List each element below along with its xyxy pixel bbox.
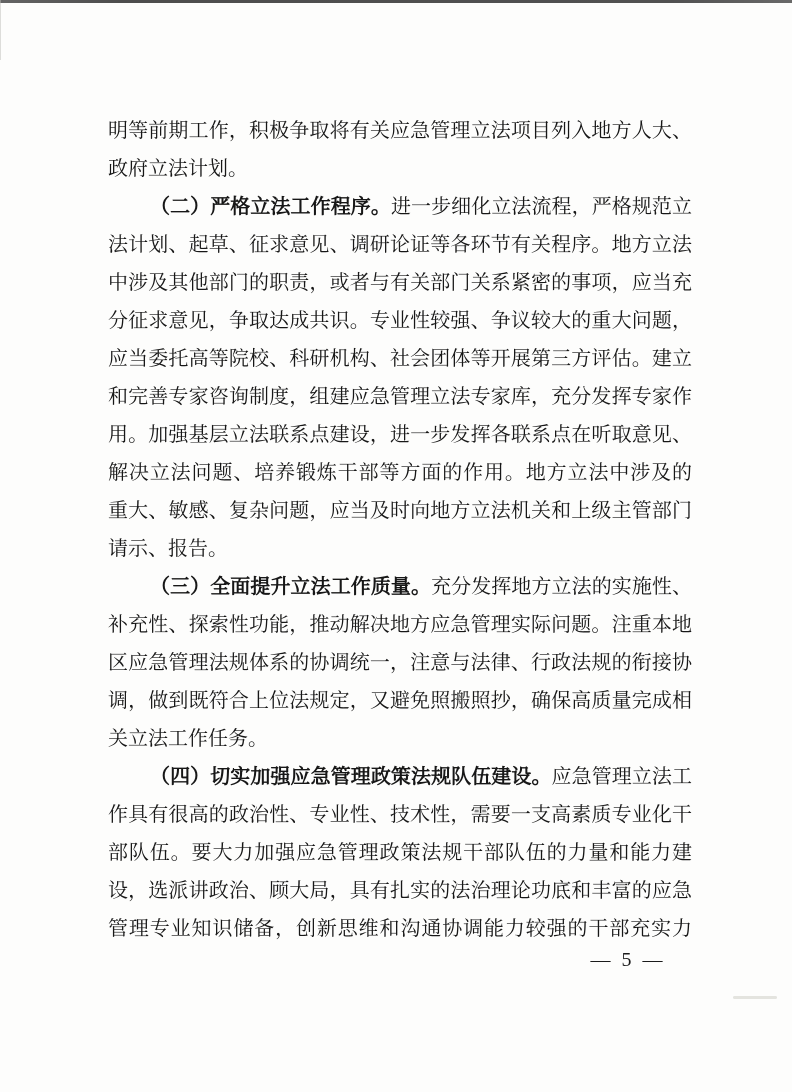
line-text: 法计划、起草、征求意见、调研论证等各环节有关程序。地方立法 (108, 234, 692, 256)
text-line-section-3-heading: （三）全面提升立法工作质量。充分发挥地方立法的实施性、 (108, 568, 692, 606)
text-line: 重大、敏感、复杂问题，应当及时向地方立法机关和上级主管部门 (108, 492, 692, 530)
line-text: 进一步细化立法流程，严格规范立 (391, 196, 692, 218)
line-text: 重大、敏感、复杂问题，应当及时向地方立法机关和上级主管部门 (108, 500, 692, 522)
text-line: 解决立法问题、培养锻炼干部等方面的作用。地方立法中涉及的 (108, 454, 692, 492)
line-text: 作具有很高的政治性、专业性、技术性，需要一支高素质专业化干 (108, 804, 692, 826)
text-line: 应当委托高等院校、科研机构、社会团体等开展第三方评估。建立 (108, 340, 692, 378)
line-text: 分征求意见，争取达成共识。专业性较强、争议较大的重大问题， (108, 310, 692, 332)
text-line: 和完善专家咨询制度，组建应急管理立法专家库，充分发挥专家作 (108, 378, 692, 416)
text-line-section-2-heading: （二）严格立法工作程序。进一步细化立法流程，严格规范立 (108, 188, 692, 226)
text-line: 关立法工作任务。 (108, 720, 692, 758)
page-number: — 5 — (586, 946, 670, 974)
text-line: 作具有很高的政治性、专业性、技术性，需要一支高素质专业化干 (108, 796, 692, 834)
text-line: 设，选派讲政治、顾大局，具有扎实的法治理论功底和丰富的应急 (108, 872, 692, 910)
scanned-page: 明等前期工作，积极争取将有关应急管理立法项目列入地方人大、 政府立法计划。 （二… (0, 0, 792, 1092)
line-text: 和完善专家咨询制度，组建应急管理立法专家库，充分发挥专家作 (108, 386, 692, 408)
line-text: 请示、报告。 (108, 538, 228, 560)
line-text: 解决立法问题、培养锻炼干部等方面的作用。地方立法中涉及的 (108, 462, 692, 484)
text-line: 分征求意见，争取达成共识。专业性较强、争议较大的重大问题， (108, 302, 692, 340)
text-line: 政府立法计划。 (108, 150, 692, 188)
scan-edge-artifact-top (0, 0, 792, 3)
text-line: 请示、报告。 (108, 530, 692, 568)
text-line: 调，做到既符合上位法规定，又避免照搬照抄，确保高质量完成相 (108, 682, 692, 720)
text-line: 用。加强基层立法联系点建设，进一步发挥各联系点在听取意见、 (108, 416, 692, 454)
text-line: 管理专业知识储备，创新思维和沟通协调能力较强的干部充实力 (108, 910, 692, 948)
text-line: 明等前期工作，积极争取将有关应急管理立法项目列入地方人大、 (108, 112, 692, 150)
scan-edge-artifact-left (0, 0, 1, 60)
line-text: 管理专业知识储备，创新思维和沟通协调能力较强的干部充实力 (108, 918, 692, 940)
line-text: 应急管理立法工 (552, 766, 692, 788)
line-lead-bold: （四）切实加强应急管理政策法规队伍建设。 (150, 766, 552, 788)
line-text: 区应急管理法规体系的协调统一，注意与法律、行政法规的衔接协 (108, 652, 692, 674)
text-line-section-4-heading: （四）切实加强应急管理政策法规队伍建设。应急管理立法工 (108, 758, 692, 796)
text-line: 中涉及其他部门的职责，或者与有关部门关系紧密的事项，应当充 (108, 264, 692, 302)
line-text: 调，做到既符合上位法规定，又避免照搬照抄，确保高质量完成相 (108, 690, 692, 712)
text-line: 法计划、起草、征求意见、调研论证等各环节有关程序。地方立法 (108, 226, 692, 264)
text-line: 部队伍。要大力加强应急管理政策法规干部队伍的力量和能力建 (108, 834, 692, 872)
document-text-block: 明等前期工作，积极争取将有关应急管理立法项目列入地方人大、 政府立法计划。 （二… (108, 112, 692, 948)
line-text: 充分发挥地方立法的实施性、 (431, 576, 692, 598)
text-line: 补充性、探索性功能，推动解决地方应急管理实际问题。注重本地 (108, 606, 692, 644)
text-line: 区应急管理法规体系的协调统一，注意与法律、行政法规的衔接协 (108, 644, 692, 682)
line-text: 政府立法计划。 (108, 158, 248, 180)
line-text: 明等前期工作，积极争取将有关应急管理立法项目列入地方人大、 (108, 120, 692, 142)
scan-smudge-artifact (733, 996, 777, 999)
line-text: 补充性、探索性功能，推动解决地方应急管理实际问题。注重本地 (108, 614, 692, 636)
line-lead-bold: （三）全面提升立法工作质量。 (150, 576, 431, 598)
line-text: 关立法工作任务。 (108, 728, 268, 750)
line-text: 设，选派讲政治、顾大局，具有扎实的法治理论功底和丰富的应急 (108, 880, 692, 902)
line-text: 部队伍。要大力加强应急管理政策法规干部队伍的力量和能力建 (108, 842, 692, 864)
line-text: 中涉及其他部门的职责，或者与有关部门关系紧密的事项，应当充 (108, 272, 692, 294)
line-text: 用。加强基层立法联系点建设，进一步发挥各联系点在听取意见、 (108, 424, 692, 446)
line-lead-bold: （二）严格立法工作程序。 (150, 196, 391, 218)
line-text: 应当委托高等院校、科研机构、社会团体等开展第三方评估。建立 (108, 348, 692, 370)
